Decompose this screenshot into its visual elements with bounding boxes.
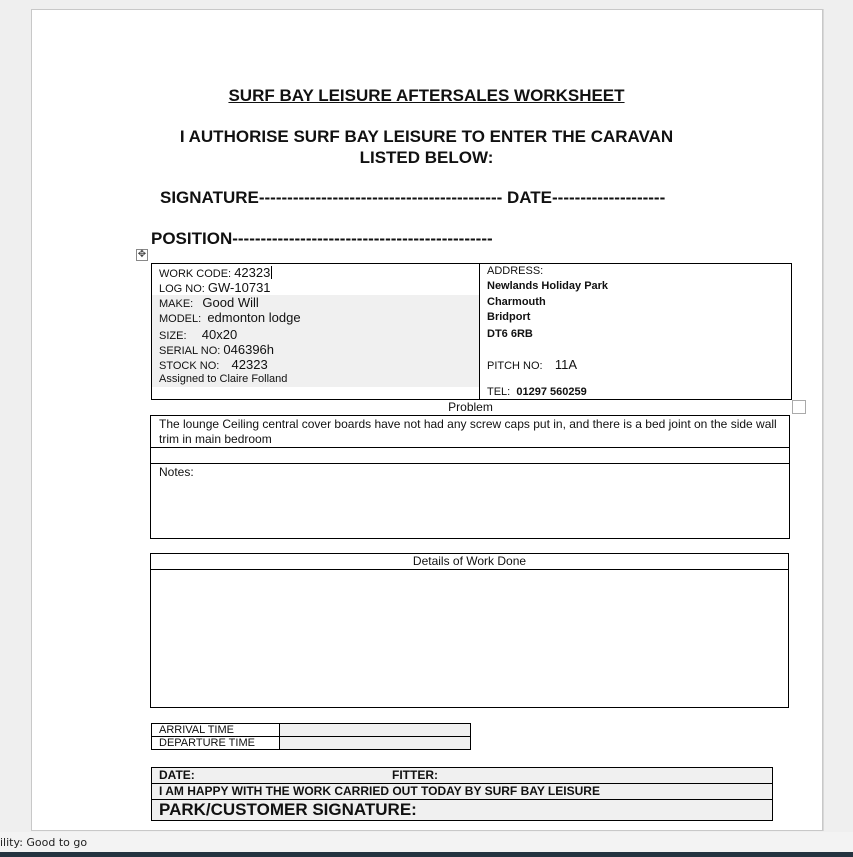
customer-signature-row[interactable]: PARK/CUSTOMER SIGNATURE: bbox=[152, 800, 772, 820]
address-line-3: Bridport bbox=[487, 311, 530, 323]
address-cell[interactable]: ADDRESS: Newlands Holiday Park Charmouth… bbox=[487, 264, 787, 399]
happy-statement-row: I AM HAPPY WITH THE WORK CARRIED OUT TOD… bbox=[152, 784, 772, 800]
departure-row: DEPARTURE TIME bbox=[152, 737, 471, 750]
authorisation-heading: I AUTHORISE SURF BAY LEISURE TO ENTER TH… bbox=[0, 126, 853, 168]
make-value: Good Will bbox=[202, 295, 258, 310]
log-no-field[interactable]: LOG NO: GW-10731 bbox=[159, 280, 271, 295]
serial-no-field[interactable]: SERIAL NO: 046396h bbox=[159, 342, 274, 357]
times-table: ARRIVAL TIME DEPARTURE TIME bbox=[151, 723, 471, 750]
problem-description[interactable]: The lounge Ceiling central cover boards … bbox=[159, 417, 779, 447]
arrival-row: ARRIVAL TIME bbox=[152, 724, 471, 737]
caravan-info-table: WORK CODE: 42323 LOG NO: GW-10731 MAKE: … bbox=[151, 263, 792, 400]
work-done-table[interactable]: Details of Work Done bbox=[150, 553, 789, 708]
log-no-value: GW-10731 bbox=[208, 280, 271, 295]
table-move-handle-icon[interactable]: ✥ bbox=[136, 249, 148, 261]
signoff-table[interactable]: DATE: FITTER: I AM HAPPY WITH THE WORK C… bbox=[151, 767, 773, 821]
problem-heading: Problem bbox=[151, 400, 790, 414]
position-line[interactable]: POSITION--------------------------------… bbox=[151, 229, 493, 249]
model-field[interactable]: MODEL: edmonton lodge bbox=[159, 310, 301, 325]
address-line-2: Charmouth bbox=[487, 296, 546, 308]
departure-time-label: DEPARTURE TIME bbox=[152, 737, 280, 750]
arrival-time-label: ARRIVAL TIME bbox=[152, 724, 280, 737]
assigned-to[interactable]: Assigned to Claire Folland bbox=[159, 373, 287, 385]
model-value: edmonton lodge bbox=[207, 310, 300, 325]
status-bar: ility: Good to go bbox=[0, 832, 853, 852]
divider bbox=[151, 447, 789, 448]
happy-statement: I AM HAPPY WITH THE WORK CARRIED OUT TOD… bbox=[159, 784, 600, 799]
departure-time-field[interactable] bbox=[280, 737, 471, 750]
make-field[interactable]: MAKE: Good Will bbox=[159, 295, 259, 310]
authorisation-line-2: LISTED BELOW: bbox=[0, 147, 853, 168]
caravan-details-cell[interactable]: WORK CODE: 42323 LOG NO: GW-10731 MAKE: … bbox=[152, 264, 480, 399]
authorisation-line-1: I AUTHORISE SURF BAY LEISURE TO ENTER TH… bbox=[0, 126, 853, 147]
customer-signature-label: PARK/CUSTOMER SIGNATURE: bbox=[159, 800, 417, 820]
serial-no-value: 046396h bbox=[223, 342, 274, 357]
arrival-time-field[interactable] bbox=[280, 724, 471, 737]
worksheet-title: SURF BAY LEISURE AFTERSALES WORKSHEET bbox=[0, 86, 853, 106]
work-code-value: 42323 bbox=[234, 265, 270, 280]
date-fitter-row[interactable]: DATE: FITTER: bbox=[152, 768, 772, 784]
row-end-marker[interactable] bbox=[792, 400, 806, 414]
pitch-no-value: 11A bbox=[555, 357, 577, 372]
stock-no-field[interactable]: STOCK NO: 42323 bbox=[159, 357, 268, 372]
work-done-heading: Details of Work Done bbox=[151, 554, 788, 570]
taskbar bbox=[0, 852, 853, 857]
accessibility-status[interactable]: ility: Good to go bbox=[0, 836, 87, 849]
tel-field[interactable]: TEL: 01297 560259 bbox=[487, 386, 587, 398]
size-field[interactable]: SIZE: 40x20 bbox=[159, 327, 237, 342]
tel-value: 01297 560259 bbox=[516, 386, 586, 398]
text-cursor bbox=[271, 266, 272, 279]
fitter-label: FITTER: bbox=[392, 768, 438, 783]
pitch-no-field[interactable]: PITCH NO: 11A bbox=[487, 357, 577, 372]
stock-no-value: 42323 bbox=[232, 357, 268, 372]
notes-label: Notes: bbox=[159, 465, 194, 479]
work-code-field[interactable]: WORK CODE: 42323 bbox=[159, 265, 272, 280]
problem-table[interactable]: The lounge Ceiling central cover boards … bbox=[150, 415, 790, 539]
signature-date-line[interactable]: SIGNATURE-------------------------------… bbox=[160, 188, 665, 208]
address-line-1: Newlands Holiday Park bbox=[487, 280, 608, 292]
address-line-4: DT6 6RB bbox=[487, 328, 533, 340]
address-label: ADDRESS: bbox=[487, 265, 543, 277]
divider bbox=[151, 463, 789, 464]
signoff-date-label: DATE: bbox=[159, 768, 195, 783]
size-value: 40x20 bbox=[202, 327, 237, 342]
